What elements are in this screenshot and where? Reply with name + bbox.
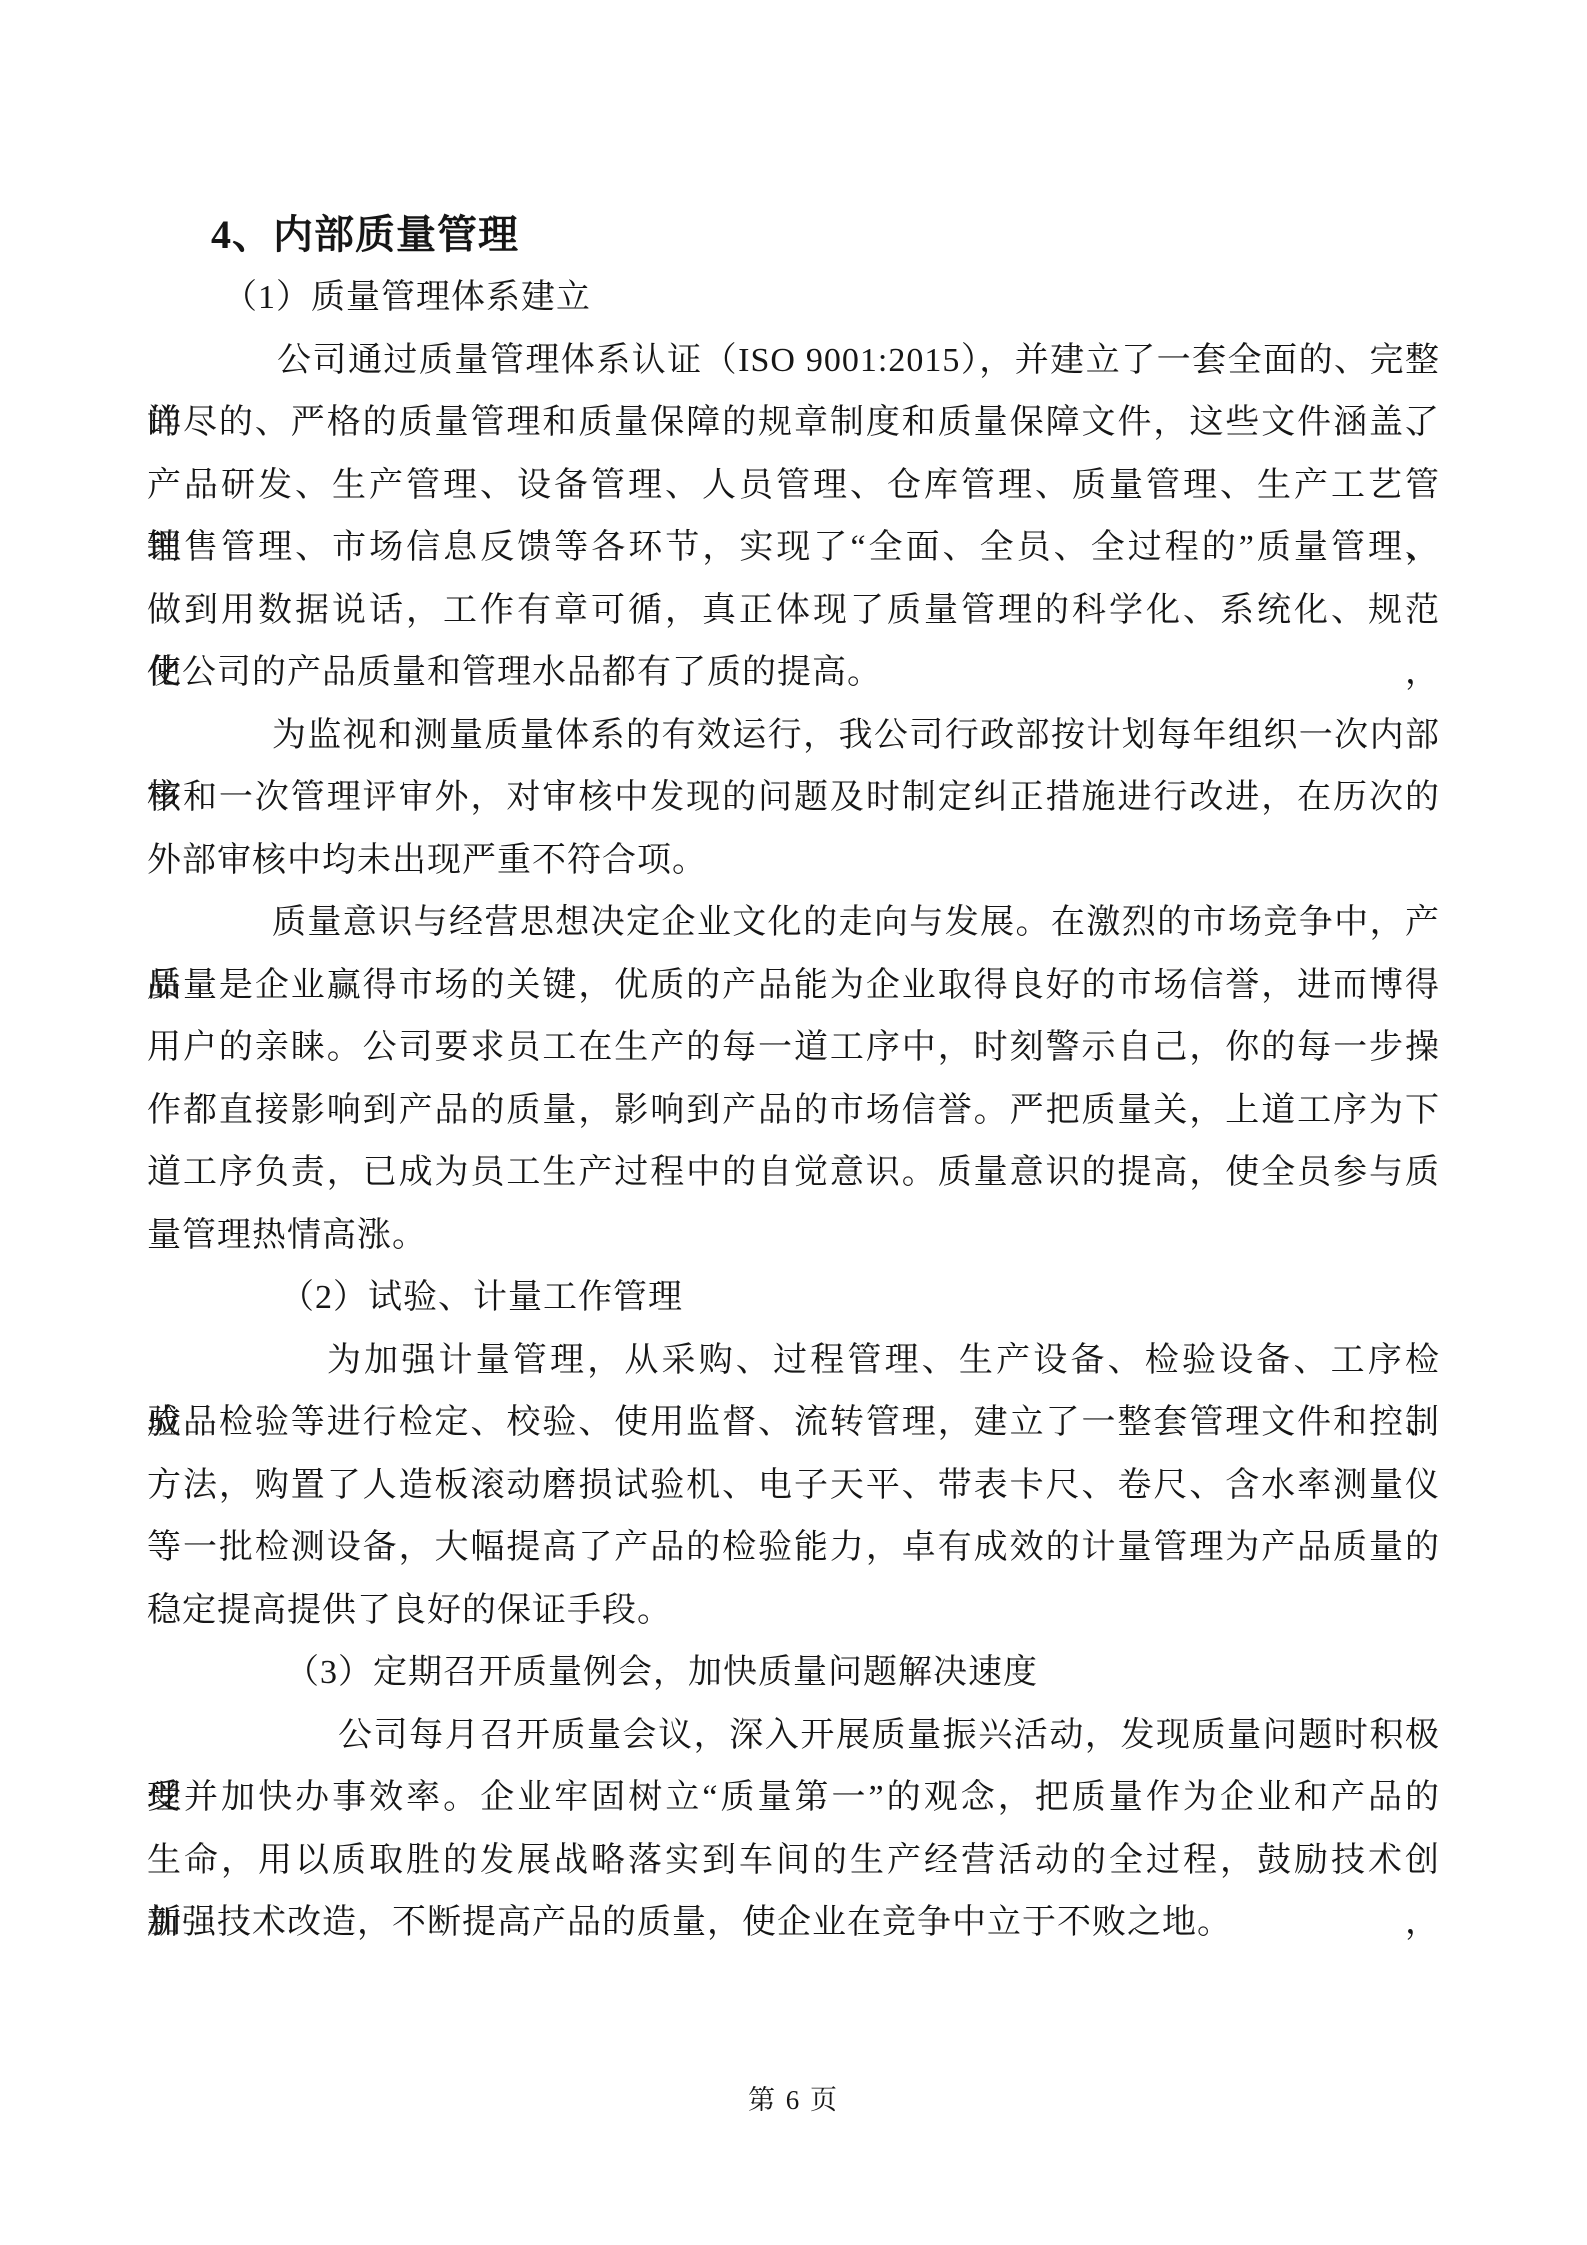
document-page: 4、内部质量管理 （1）质量管理体系建立公司通过质量管理体系认证（ISO 900… xyxy=(0,0,1587,2245)
page-number: 第 6 页 xyxy=(0,2078,1587,2117)
text-line: 成品检验等进行检定、校验、使用监督、流转管理，建立了一整套管理文件和控制 xyxy=(147,1392,1440,1455)
section-subheading: （1）质量管理体系建立 xyxy=(147,267,1440,330)
text-line: 为加强计量管理，从采购、过程管理、生产设备、检验设备、工序检验、 xyxy=(147,1330,1440,1393)
text-line: 道工序负责，已成为员工生产过程中的自觉意识。质量意识的提高，使全员参与质 xyxy=(147,1142,1440,1205)
text-line: 详尽的、严格的质量管理和质量保障的规章制度和质量保障文件，这些文件涵盖了 xyxy=(147,392,1440,455)
text-line: 稳定提高提供了良好的保证手段。 xyxy=(147,1580,1440,1643)
text-line: 方法，购置了人造板滚动磨损试验机、电子天平、带表卡尺、卷尺、含水率测量仪 xyxy=(147,1455,1440,1518)
text-line: 公司每月召开质量会议，深入开展质量振兴活动，发现质量问题时积极受 xyxy=(147,1705,1440,1768)
text-line: 核和一次管理评审外，对审核中发现的问题及时制定纠正措施进行改进，在历次的 xyxy=(147,767,1440,830)
text-line: 做到用数据说话，工作有章可循，真正体现了质量管理的科学化、系统化、规范化， xyxy=(147,580,1440,643)
text-line: 质量是企业赢得市场的关键，优质的产品能为企业取得良好的市场信誉，进而博得 xyxy=(147,955,1440,1018)
text-line: 作都直接影响到产品的质量，影响到产品的市场信誉。严把质量关，上道工序为下 xyxy=(147,1080,1440,1143)
text-line: 外部审核中均未出现严重不符合项。 xyxy=(147,830,1440,893)
text-line: 等一批检测设备，大幅提高了产品的检验能力，卓有成效的计量管理为产品质量的 xyxy=(147,1517,1440,1580)
text-line: 用户的亲睐。公司要求员工在生产的每一道工序中，时刻警示自己，你的每一步操 xyxy=(147,1017,1440,1080)
text-line: 销售管理、市场信息反馈等各环节，实现了“全面、全员、全过程的”质量管理， xyxy=(147,517,1440,580)
section-subheading: （2）试验、计量工作管理 xyxy=(147,1267,1440,1330)
text-line: 质量意识与经营思想决定企业文化的走向与发展。在激烈的市场竞争中，产品 xyxy=(147,892,1440,955)
text-line: 量管理热情高涨。 xyxy=(147,1205,1440,1268)
text-line: 产品研发、生产管理、设备管理、人员管理、仓库管理、质量管理、生产工艺管理、 xyxy=(147,455,1440,518)
section-title: 4、内部质量管理 xyxy=(211,203,519,260)
document-body: （1）质量管理体系建立公司通过质量管理体系认证（ISO 9001:2015），并… xyxy=(147,267,1440,1955)
text-line: 为监视和测量质量体系的有效运行，我公司行政部按计划每年组织一次内部审 xyxy=(147,705,1440,768)
text-line: 公司通过质量管理体系认证（ISO 9001:2015），并建立了一套全面的、完整… xyxy=(147,330,1440,393)
text-line: 生命，用以质取胜的发展战略落实到车间的生产经营活动的全过程，鼓励技术创新， xyxy=(147,1830,1440,1893)
section-subheading: （3）定期召开质量例会，加快质量问题解决速度 xyxy=(147,1642,1440,1705)
text-line: 理并加快办事效率。企业牢固树立“质量第一”的观念，把质量作为企业和产品的 xyxy=(147,1767,1440,1830)
